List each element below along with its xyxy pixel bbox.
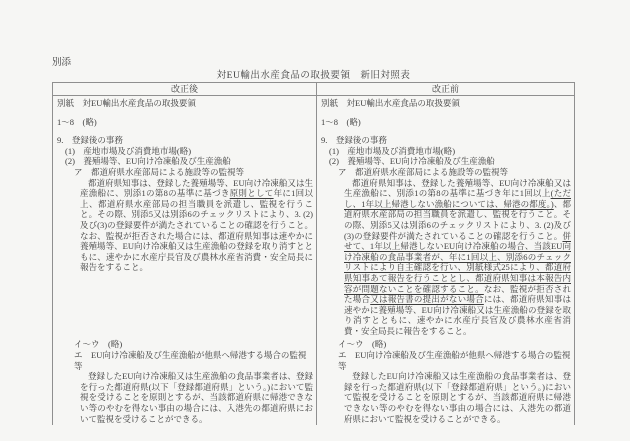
before-revision-section-1: 別紙 対EU輸出水産食品の取扱要領 1～8 (略) 9. 登録後の事務(1) 産…	[316, 96, 575, 337]
doc-subtitle-after: 別紙 対EU輸出水産食品の取扱要領	[57, 98, 313, 109]
blank-line	[57, 127, 313, 135]
text-line: ア 都道府県水産部局による施設等の監視等	[321, 167, 571, 178]
body-text: 都道府県知事は、登録した養殖場等、EU向け冷凍船又は生産漁船に、別添1の第8の基…	[344, 178, 571, 199]
underlined-revision-text: 又は報告書の提出がない場合	[370, 294, 484, 304]
text-line: 1～8 (略)	[57, 117, 313, 128]
paragraph: 都道府県知事は、登録した養殖場等、EU向け冷凍船又は生産漁船に、別添1の第8の基…	[57, 178, 313, 273]
text-line: 9. 登録後の事務	[321, 135, 571, 146]
blank-line	[321, 109, 571, 117]
body-text: 登録したEU向け冷凍船又は生産漁船の食品事業者は、登録を行った都道府県(以下「登…	[80, 371, 313, 423]
text-line: (2) 養殖場等、EU向け冷凍船及び生産漁船	[321, 156, 571, 167]
text-line: (2) 養殖場等、EU向け冷凍船及び生産漁船	[57, 156, 313, 167]
after-revision-section-2: イ～ウ (略)エ EU向け冷凍船及び生産漁船が他県へ帰港する場合の監視等登録した…	[52, 337, 316, 425]
body-text: 年に1回以上、都道府県水産部局の担当職員を派遣し、監視を行うこと。その際、別添5…	[80, 188, 313, 272]
after-revision-section-1: 別紙 対EU輸出水産食品の取扱要領 1～8 (略) 9. 登録後の事務(1) 産…	[52, 96, 316, 337]
text-line: イ～ウ (略)	[321, 339, 571, 350]
blank-line	[57, 109, 313, 117]
column-header-after-revision: 改正後	[52, 82, 316, 96]
before-revision-section-2: イ～ウ (略)エ EU向け冷凍船及び生産漁船が他県へ帰港する場合の監視等登録した…	[316, 337, 575, 425]
text-line: エ EU向け冷凍船及び生産漁船が他県へ帰港する場合の監視等	[57, 350, 313, 371]
column-header-before-revision: 改正前	[316, 82, 575, 96]
body-text: 登録したEU向け冷凍船又は生産漁船の食品事業者は、登録を行った都道府県(以下「登…	[344, 371, 571, 423]
text-line: (1) 産地市場及び消費地市場(略)	[57, 146, 313, 157]
comparison-table: 改正後 改正前 別紙 対EU輸出水産食品の取扱要領 1～8 (略) 9. 登録後…	[52, 82, 575, 425]
text-line: ア 都道府県水産部局による施設等の監視等	[57, 167, 313, 178]
text-line: 9. 登録後の事務	[57, 135, 313, 146]
paragraph: 登録したEU向け冷凍船又は生産漁船の食品事業者は、登録を行った都道府県(以下「登…	[57, 371, 313, 424]
text-line: 1～8 (略)	[321, 117, 571, 128]
doc-subtitle-before: 別紙 対EU輸出水産食品の取扱要領	[321, 98, 571, 109]
underlined-revision-text: 原則として	[230, 188, 274, 198]
scanned-document-page: { "page": { "attachment_label": "別添", "t…	[0, 0, 630, 441]
blank-line	[321, 127, 571, 135]
paragraph: 登録したEU向け冷凍船又は生産漁船の食品事業者は、登録を行った都道府県(以下「登…	[321, 371, 571, 424]
attachment-label: 別添	[52, 54, 71, 68]
text-line: エ EU向け冷凍船及び生産漁船が他県へ帰港する場合の監視等	[321, 350, 571, 371]
paragraph: 都道府県知事は、登録した養殖場等、EU向け冷凍船又は生産漁船に、別添1の第8の基…	[321, 178, 571, 337]
document-title: 対EU輸出水産食品の取扱要領 新旧対照表	[52, 67, 575, 81]
text-line: イ～ウ (略)	[57, 339, 313, 350]
text-line: (1) 産地市場及び消費地市場(略)	[321, 146, 571, 157]
